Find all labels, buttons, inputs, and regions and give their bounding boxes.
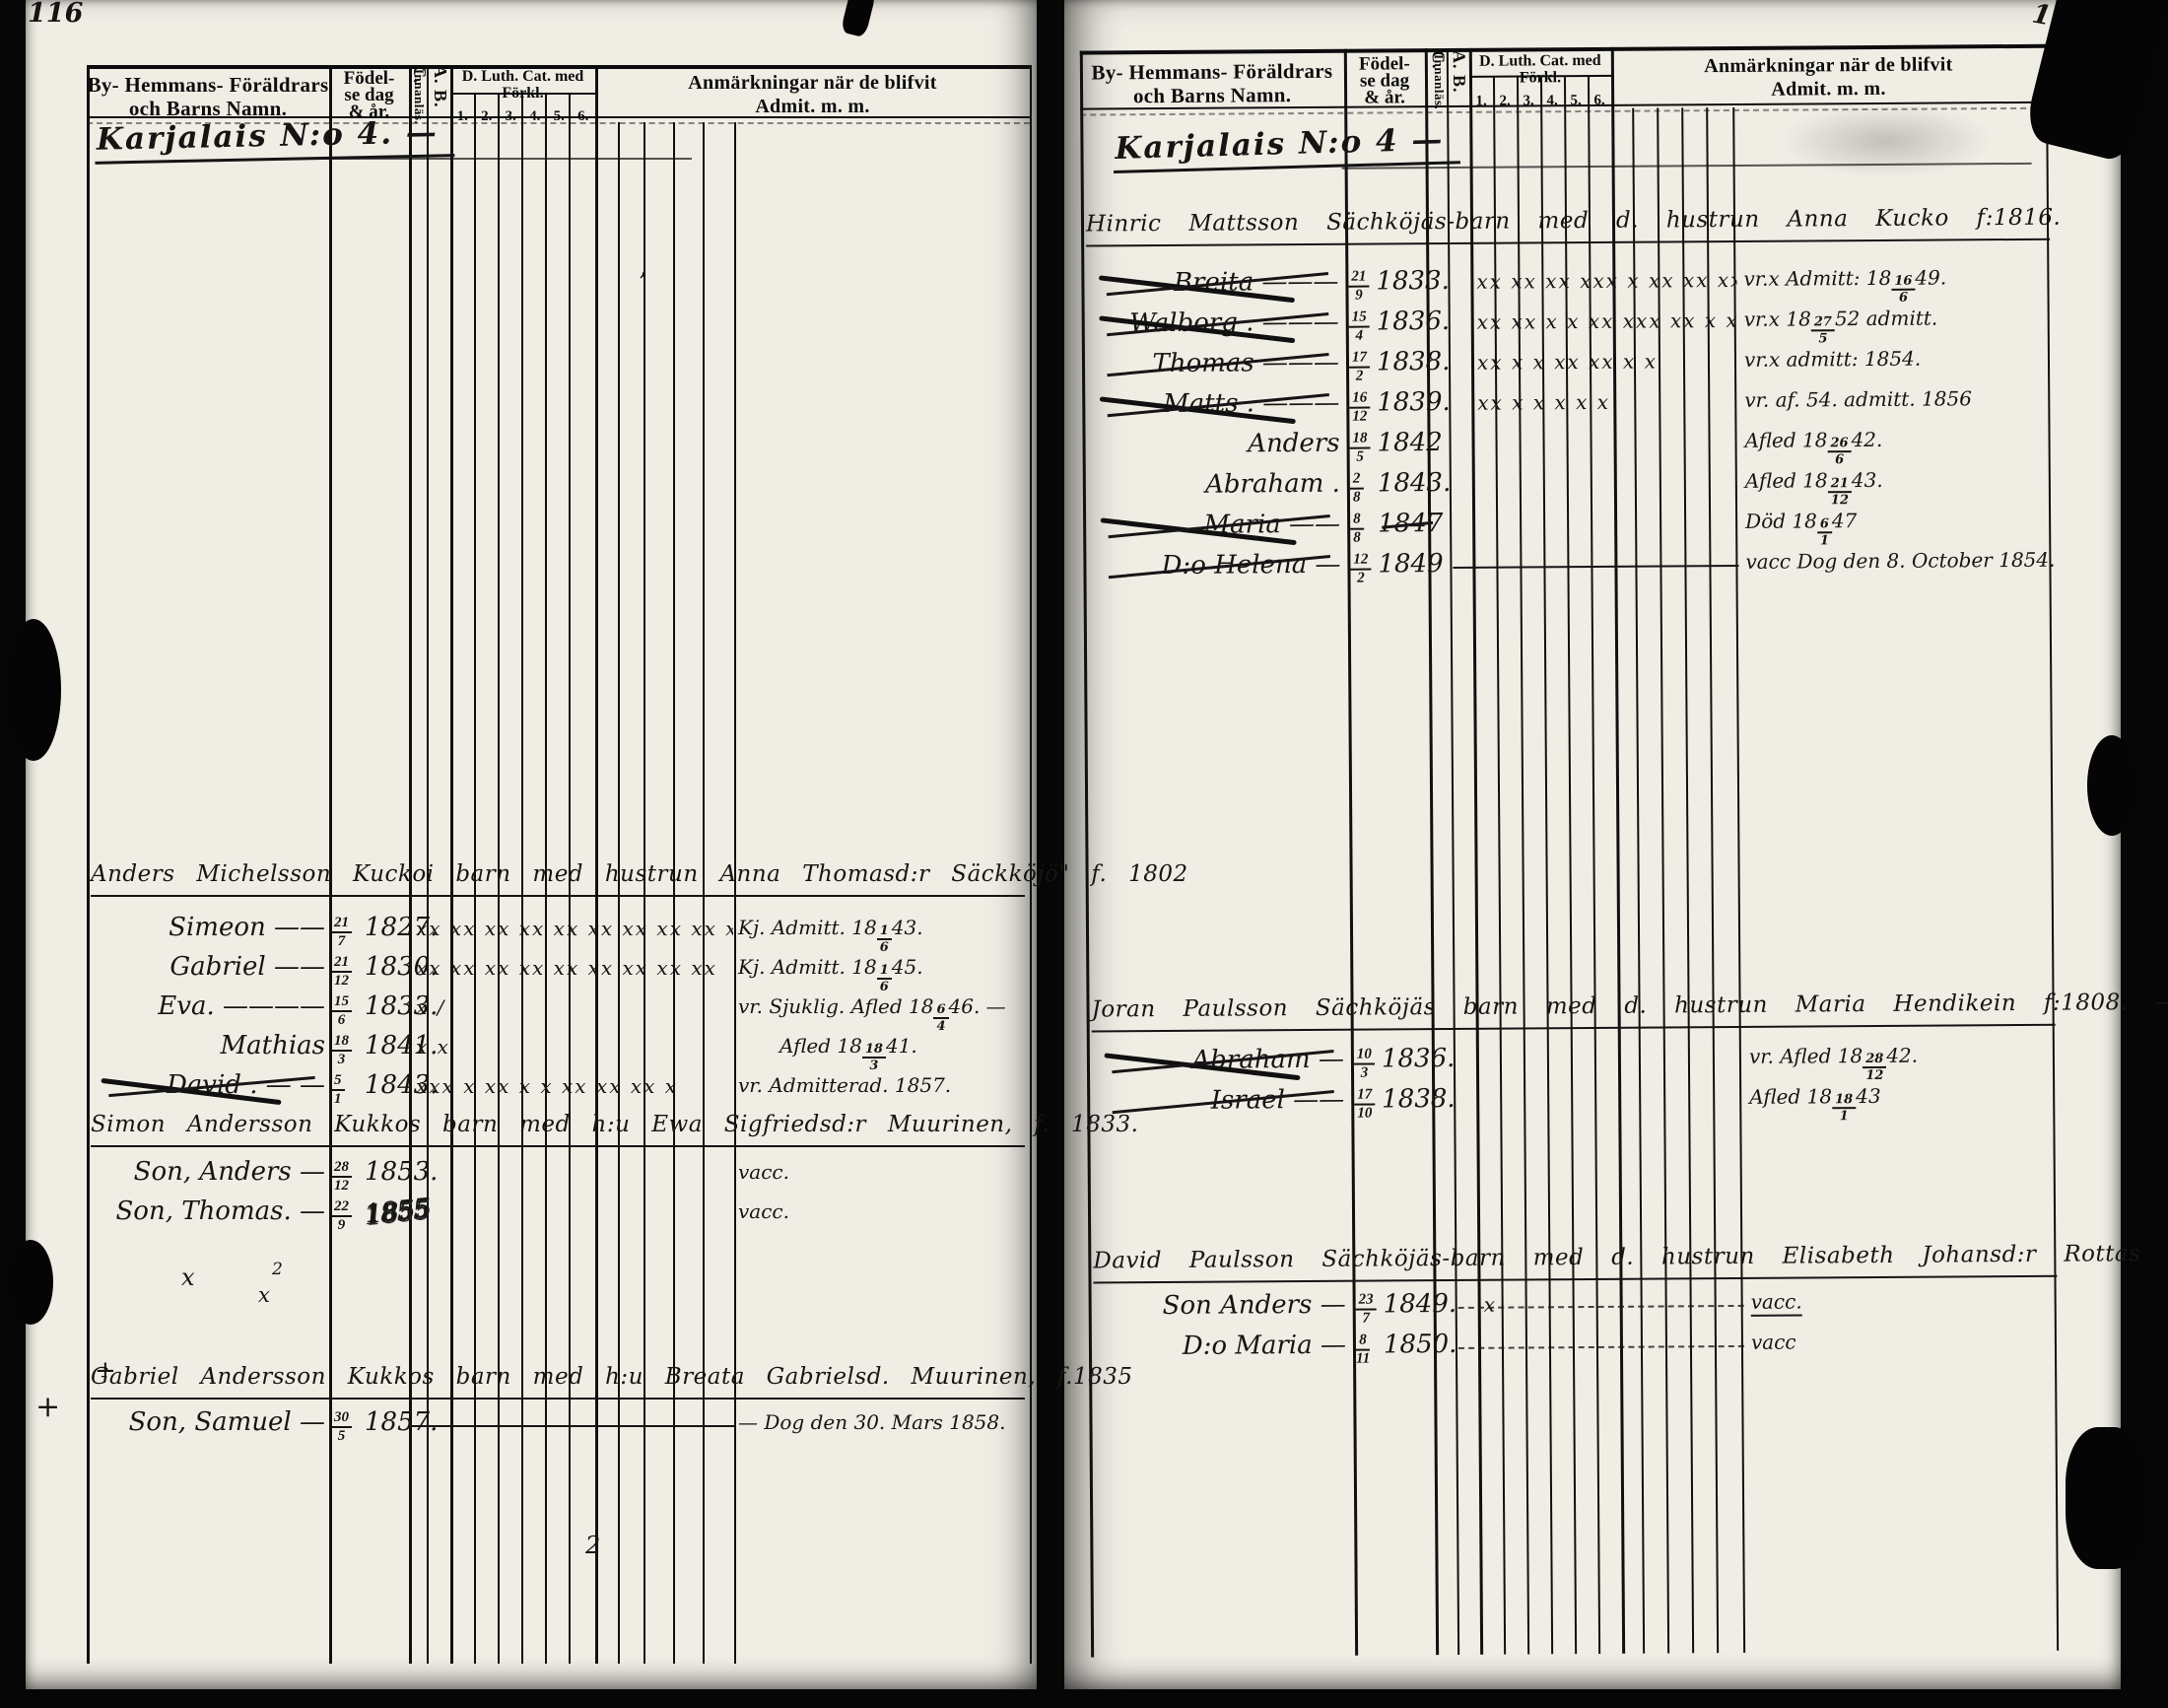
children-rows: Son, Samuel —3051857.— Dog den 30. Mars … — [26, 1407, 1037, 1447]
child-birthdate: 28 — [1350, 470, 1364, 506]
header-abc-column: A. B. C. — [1448, 50, 1469, 102]
date-fraction: 2812 — [1863, 1053, 1886, 1082]
catechism-marks — [1484, 1332, 1744, 1333]
right-table: By- Hemmans- Föräldrars och Barns Namn. … — [1054, 0, 2123, 1693]
child-name: Matts . ——— — [1103, 388, 1339, 420]
catechism-marks: xxx x xx x x xx xx xx x — [416, 1074, 733, 1098]
row-rule — [87, 65, 1030, 69]
date-fraction: 28 — [1350, 472, 1364, 506]
date-fraction: 305 — [331, 1410, 352, 1444]
child-row: Son, Anders —28121853.vacc. — [26, 1157, 1037, 1196]
child-name: Thomas ——— — [1103, 348, 1339, 379]
child-row: Mathias1831841.x xAfled 1818341. — [26, 1031, 1037, 1070]
date-fraction: 217 — [331, 916, 352, 949]
child-birthdate: 811 — [1356, 1332, 1370, 1367]
catechism-marks — [1477, 430, 1737, 432]
date-fraction: 181 — [1832, 1093, 1856, 1123]
child-name: Abraham — — [1108, 1045, 1344, 1076]
child-row: D:o Maria —8111850.vacc — [1064, 1325, 2121, 1372]
catechism-marks: xx x x xx xx x x — [1477, 349, 1737, 375]
header-cat-line1: D. Luth. Cat. med — [1469, 52, 1611, 70]
child-name: Breita ——— — [1102, 267, 1338, 299]
catechism-marks: xx x x x x x — [1477, 389, 1737, 415]
remark: Afled 18211243. — [1745, 468, 1883, 508]
stray-mark: + — [95, 1356, 116, 1386]
child-name: Son, Thomas. — — [104, 1196, 325, 1226]
date-fraction: 237 — [1356, 1293, 1377, 1327]
catechism-marks — [1482, 1086, 1742, 1088]
child-birthyear: 1839. — [1377, 387, 1451, 418]
remark: Afled 1818143 — [1749, 1084, 1881, 1124]
remark: vr.x admitt: 1854. — [1744, 347, 1921, 372]
remark: vr.x Admitt: 1816649. — [1743, 265, 1946, 305]
header-remarks-line2: Admit. m. m. — [595, 95, 1030, 118]
date-fraction: 2112 — [331, 955, 352, 989]
child-name: Gabriel —— — [104, 952, 325, 982]
child-birthdate: 88 — [1350, 511, 1364, 546]
child-birthdate: 183 — [331, 1032, 352, 1067]
date-fraction: 156 — [331, 994, 352, 1028]
row-line — [410, 1425, 735, 1427]
remark: Afled 1826642. — [1744, 428, 1882, 467]
row-line — [1458, 1345, 1744, 1349]
right-page: 117. By- Hemmans- Föräldrars och Barns N… — [1064, 0, 2121, 1689]
date-fraction: 185 — [1349, 432, 1370, 465]
remark: vacc. — [1751, 1290, 1802, 1317]
row-line — [1453, 565, 1738, 569]
stray-mark: x — [258, 1283, 270, 1307]
child-birthdate: 305 — [331, 1408, 352, 1444]
date-fraction: 61 — [1817, 517, 1832, 547]
children-rows: Son, Anders —28121853.vacc.Son, Thomas. … — [26, 1157, 1037, 1236]
catechism-marks: x — [1484, 1291, 1744, 1317]
date-fraction: 51 — [331, 1073, 345, 1107]
header-remarks-column: Anmärkningar när de blifvit Admit. m. m. — [1611, 46, 2046, 102]
ink-blot — [6, 619, 61, 761]
date-fraction: 219 — [1348, 270, 1369, 304]
child-birthyear: 1842 — [1377, 428, 1442, 457]
child-birthdate: 103 — [1354, 1046, 1375, 1081]
family-header: Joran Paulsson Sächköjäs barn med d. hus… — [1091, 991, 2055, 1033]
header-name-line1: By- Hemmans- Föräldrars — [1080, 59, 1344, 85]
ink-blot — [8, 1240, 53, 1325]
child-row: Gabriel ——21121830.xx xx xx xx xx xx xx … — [26, 952, 1037, 991]
table-header: By- Hemmans- Föräldrars och Barns Namn. … — [1054, 0, 2111, 4]
remark: vr. Admitterad. 1857. — [738, 1073, 951, 1097]
table-ruling — [1054, 0, 2111, 4]
child-name: Israel —— — [1108, 1085, 1344, 1117]
child-name: Anders — [1103, 429, 1339, 460]
child-row: D:o Helena —1221849vacc Dog den 8. Octob… — [1058, 544, 2115, 591]
child-birthyear: 1838. — [1377, 347, 1451, 377]
family-block: David Paulsson Sächköjäs-barn med d. hus… — [1063, 1235, 2120, 1242]
remark: Kj. Admitt. 181645. — [738, 955, 923, 993]
family-header: Hinric Mattsson Sächköjäs-barn med d. hu… — [1086, 205, 2050, 247]
stray-mark: 2 — [272, 1260, 283, 1279]
children-rows: Breita ———2191833.xx xx xx xxx x xx xx x… — [1056, 261, 2115, 591]
child-name: Son, Anders — — [104, 1157, 325, 1187]
date-fraction: 2112 — [1828, 477, 1852, 507]
child-birthdate: 154 — [1349, 308, 1370, 344]
page-number-left: 116 — [28, 0, 83, 29]
stray-mark: x — [181, 1264, 195, 1291]
ink-blot — [2066, 1427, 2146, 1569]
header-remarks-column: Anmärkningar när de blifvit Admit. m. m. — [595, 65, 1030, 118]
header-name-column: By- Hemmans- Föräldrars och Barns Namn. — [87, 65, 329, 120]
catechism-marks: x x — [416, 1035, 733, 1059]
remark: — Dog den 30. Mars 1858. — [738, 1410, 1005, 1434]
remark: vacc Dog den 8. October 1854. — [1745, 548, 2055, 574]
remark: Död 186147 — [1745, 509, 1857, 548]
header-name-line1: By- Hemmans- Föräldrars — [87, 73, 329, 97]
family-header: David Paulsson Sächköjäs-barn med d. hus… — [1093, 1242, 2057, 1284]
date-fraction: 811 — [1356, 1333, 1370, 1367]
remark: vr. Afled 18281242. — [1749, 1044, 1918, 1083]
child-birthdate: 2812 — [331, 1158, 352, 1194]
child-birthdate: 51 — [331, 1071, 345, 1107]
header-birth-column: Födel- se dag & år. — [329, 67, 409, 120]
cat-subcol-4: 4. — [1540, 93, 1564, 109]
family-block: Joran Paulsson Sächköjäs barn med d. hus… — [1061, 984, 2118, 991]
child-birthyear: 1833. — [1376, 266, 1450, 297]
date-fraction: 166 — [1891, 275, 1915, 305]
child-birthyear: 1843. — [1378, 468, 1452, 499]
date-fraction: 88 — [1350, 512, 1364, 546]
cat-subcol-1: 1. — [1469, 94, 1493, 110]
stray-mark: 2 — [585, 1532, 600, 1559]
child-birthdate: 2112 — [331, 953, 352, 989]
child-birthyear: 1853. — [365, 1157, 438, 1187]
date-fraction: 16 — [877, 924, 892, 954]
catechism-marks: x / — [416, 995, 733, 1019]
header-name-column: By- Hemmans- Föräldrars och Barns Namn. — [1080, 51, 1344, 108]
child-row: Eva. ————1561833.x /vr. Sjuklig. Afled 1… — [26, 991, 1037, 1031]
date-fraction: 1612 — [1349, 391, 1370, 425]
stray-mark: + — [35, 1390, 60, 1424]
date-fraction: 183 — [331, 1034, 352, 1067]
catechism-marks — [1478, 470, 1738, 472]
remark: Afled 1818341. — [779, 1034, 917, 1072]
child-birthdate: 156 — [331, 992, 352, 1028]
remark: Kj. Admitt. 181643. — [738, 916, 923, 954]
pencil-smudge — [1780, 103, 1993, 177]
family-block: Hinric Mattsson Sächköjäs-barn med d. hu… — [1056, 198, 2113, 205]
date-fraction: 183 — [862, 1043, 886, 1072]
header-birth-column: Födel- se dag & år. — [1344, 52, 1425, 106]
child-row: Son, Thomas. —2291855vacc. — [26, 1196, 1037, 1236]
cat-subcol-6: 6. — [1588, 93, 1611, 109]
child-birthyear: 1847 — [1378, 509, 1443, 538]
left-table: By- Hemmans- Föräldrars och Barns Namn. … — [26, 0, 1037, 1689]
catechism-marks: xx xx xx xx xx xx xx xx xx xx — [416, 917, 733, 940]
stray-mark: ’ — [639, 268, 646, 298]
child-birthyear: 1836. — [1382, 1044, 1456, 1074]
child-name: David . — — — [104, 1070, 325, 1100]
child-birthdate: 229 — [331, 1197, 352, 1233]
child-row: Simeon ——2171827.xx xx xx xx xx xx xx xx… — [26, 913, 1037, 952]
header-name-line2: och Barns Namn. — [1080, 83, 1344, 108]
child-name: Son Anders — — [1110, 1290, 1346, 1322]
child-birthyear: 1838. — [1382, 1084, 1456, 1115]
child-name: Son, Samuel — — [104, 1407, 325, 1437]
child-row: David . — —511843.xxx x xx x x xx xx xx … — [26, 1070, 1037, 1110]
child-birthyear: 1836. — [1377, 307, 1451, 337]
child-birthdate: 1612 — [1349, 389, 1370, 425]
remark: vr. af. 54. admitt. 1856 — [1744, 386, 1972, 412]
child-row: Israel ——17101838.Afled 1818143 — [1062, 1079, 2119, 1127]
date-fraction: 16 — [877, 964, 892, 993]
date-fraction: 266 — [1827, 437, 1851, 466]
child-birthdate: 1710 — [1354, 1086, 1375, 1122]
village-title-left: Karjalais N:o 4. — — [95, 114, 455, 165]
child-birthyear: 1855 — [364, 1194, 432, 1230]
child-birthdate: 172 — [1349, 349, 1370, 384]
child-birthyear: 1857. — [365, 1407, 438, 1437]
child-birthdate: 219 — [1348, 268, 1369, 304]
header-birth-line3: & år. — [1344, 89, 1425, 106]
left-page: 116 By- Hemmans- Föräldrars och Barns Na… — [26, 0, 1037, 1689]
header-abc-column: A. B. C. — [429, 65, 450, 116]
catechism-marks: xx xx xx xxx x xx xx xx — [1476, 268, 1736, 294]
date-fraction: 172 — [1349, 351, 1370, 384]
date-fraction: 64 — [933, 1003, 948, 1033]
date-fraction: 154 — [1349, 310, 1370, 344]
header-remarks-line1: Anmärkningar när de blifvit — [1611, 52, 2046, 79]
child-birthyear: 1850. — [1384, 1330, 1457, 1360]
header-remarks-line1: Anmärkningar när de blifvit — [595, 71, 1030, 95]
date-fraction: 103 — [1354, 1048, 1375, 1081]
cat-subcol-3: 3. — [1517, 93, 1540, 109]
row-rule — [450, 93, 595, 95]
children-rows: Simeon ——2171827.xx xx xx xx xx xx xx xx… — [26, 913, 1037, 1110]
catechism-marks — [1478, 551, 1738, 553]
row-rule — [87, 116, 1030, 118]
child-name: Eva. ———— — [104, 991, 325, 1021]
children-rows: Son Anders —2371849.xvacc.D:o Maria —811… — [1064, 1284, 2122, 1372]
remark: vacc. — [738, 1199, 789, 1223]
children-rows: Abraham —1031836.vr. Afled 18281242.Isra… — [1062, 1039, 2120, 1127]
child-name: Maria —— — [1104, 510, 1340, 541]
cat-subcol-5: 5. — [1564, 93, 1588, 109]
header-remarks-line2: Admit. m. m. — [1611, 76, 2046, 102]
child-birthdate: 185 — [1349, 430, 1370, 465]
date-fraction: 229 — [331, 1199, 352, 1233]
family-header: Anders Michelsson Kuckoi barn med hustru… — [91, 861, 1025, 897]
catechism-marks: xx xx xx xx xx xx xx xx xx — [416, 956, 733, 980]
child-birthdate: 217 — [331, 914, 352, 949]
date-fraction: 2812 — [331, 1160, 352, 1194]
family-header: Gabriel Andersson Kukkos barn med h:u Br… — [91, 1364, 1025, 1400]
catechism-marks: xx xx x x xx xxx xx x x — [1477, 308, 1737, 334]
child-name: Walborg . ——— — [1103, 307, 1339, 339]
child-name: Simeon —— — [104, 913, 325, 942]
ink-blot — [2087, 735, 2136, 836]
catechism-marks — [1482, 1046, 1742, 1048]
cat-subcol-2: 2. — [1493, 94, 1517, 110]
child-name: Abraham . — [1104, 469, 1340, 501]
child-name: D:o Helena — — [1104, 550, 1340, 581]
family-header: Simon Andersson Kukkos barn med h:u Ewa … — [91, 1112, 1025, 1147]
child-birthdate: 122 — [1350, 551, 1371, 586]
child-name: D:o Maria — — [1110, 1331, 1346, 1362]
child-birthyear: 1849. — [1384, 1289, 1457, 1320]
remark: vacc. — [738, 1160, 789, 1184]
child-name: Mathias — [104, 1031, 325, 1060]
catechism-marks — [1478, 511, 1738, 512]
child-birthdate: 237 — [1356, 1291, 1377, 1327]
child-birthyear: 1849 — [1378, 549, 1443, 579]
remark: vacc — [1751, 1331, 1796, 1354]
child-row: Son, Samuel —3051857.— Dog den 30. Mars … — [26, 1407, 1037, 1447]
date-fraction: 122 — [1350, 553, 1371, 586]
date-fraction: 275 — [1811, 315, 1835, 345]
date-fraction: 1710 — [1354, 1088, 1375, 1122]
header-cat-line1: D. Luth. Cat. med — [450, 68, 595, 85]
village-title-right: Karjalais N:o 4 — — [1113, 121, 1460, 173]
remark: vr.x 1827552 admitt. — [1744, 307, 1938, 346]
remark: vr. Sjuklig. Afled 186446. — — [738, 994, 1006, 1033]
